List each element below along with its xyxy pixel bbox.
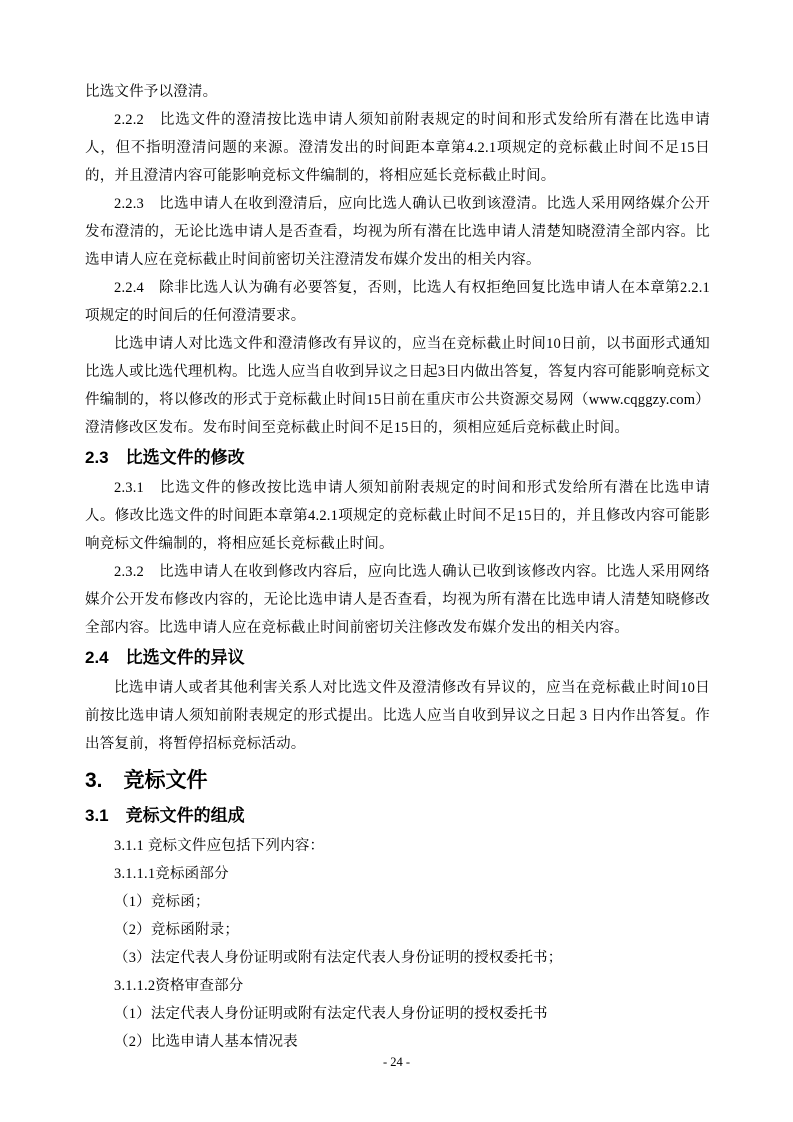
document-page: 比选文件予以澄清。 2.2.2 比选文件的澄清按比选申请人须知前附表规定的时间和… (0, 0, 793, 1122)
list-item-qualification-proof: （1）法定代表人身份证明或附有法定代表人身份证明的授权委托书 (85, 1000, 710, 1028)
paragraph-clarification-objection: 比选申请人对比选文件和澄清修改有异议的，应当在竞标截止时间10日前，以书面形式通… (85, 330, 710, 442)
list-item-bid-letter: （1）竞标函； (85, 888, 710, 916)
heading-3-1-composition: 3.1 竞标文件的组成 (85, 802, 710, 830)
heading-3-bid-documents: 3. 竞标文件 (85, 764, 710, 798)
paragraph-2-2-2: 2.2.2 比选文件的澄清按比选申请人须知前附表规定的时间和形式发给所有潜在比选… (85, 106, 710, 190)
paragraph-2-4-body: 比选申请人或者其他利害关系人对比选文件及澄清修改有异议的，应当在竞标截止时间10… (85, 674, 710, 758)
heading-2-4-objection: 2.4 比选文件的异议 (85, 644, 710, 672)
page-number: - 24 - (0, 1054, 793, 1070)
list-item-bid-letter-appendix: （2）竞标函附录； (85, 916, 710, 944)
paragraph-2-2-4: 2.2.4 除非比选人认为确有必要答复，否则，比选人有权拒绝回复比选申请人在本章… (85, 274, 710, 330)
item-3-1-1-1: 3.1.1.1竞标函部分 (85, 860, 710, 888)
paragraph-clarification-continuation: 比选文件予以澄清。 (85, 78, 710, 106)
paragraph-2-2-3: 2.2.3 比选申请人在收到澄清后，应向比选人确认已收到该澄清。比选人采用网络媒… (85, 190, 710, 274)
paragraph-2-3-1: 2.3.1 比选文件的修改按比选申请人须知前附表规定的时间和形式发给所有潜在比选… (85, 474, 710, 558)
item-3-1-1: 3.1.1 竞标文件应包括下列内容： (85, 832, 710, 860)
item-3-1-1-2: 3.1.1.2资格审查部分 (85, 972, 710, 1000)
document-content: 比选文件予以澄清。 2.2.2 比选文件的澄清按比选申请人须知前附表规定的时间和… (85, 78, 710, 1056)
list-item-legal-rep-proof: （3）法定代表人身份证明或附有法定代表人身份证明的授权委托书； (85, 944, 710, 972)
heading-2-3-modification: 2.3 比选文件的修改 (85, 444, 710, 472)
paragraph-2-3-2: 2.3.2 比选申请人在收到修改内容后，应向比选人确认已收到该修改内容。比选人采… (85, 558, 710, 642)
list-item-applicant-basic-info: （2）比选申请人基本情况表 (85, 1028, 710, 1056)
